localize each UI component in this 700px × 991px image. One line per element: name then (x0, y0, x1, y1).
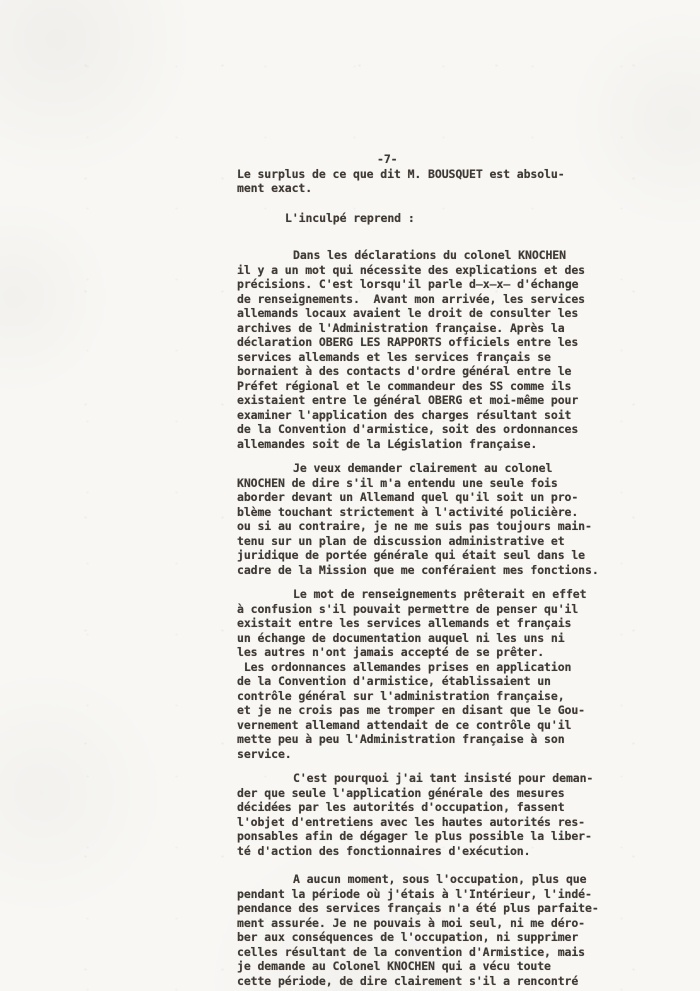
text-line: cadre de la Mission que me conféraient m… (237, 563, 640, 578)
paragraph-mot-renseignements: Le mot de renseignements prêterait en ef… (237, 587, 640, 761)
paragraph-cest-pourquoi: C'est pourquoi j'ai tant insisté pour de… (237, 771, 640, 858)
text-line: Dans les déclarations du colonel KNOCHEN (237, 248, 640, 263)
text-line: der que seule l'application générale des… (237, 786, 640, 801)
text-line: précisions. C'est lorsqu'il parle d̶x̶x̶… (237, 277, 640, 292)
text-line: vernement allemand attendait de ce contr… (237, 718, 640, 733)
text-line: celles résultant de la convention d'Armi… (237, 945, 640, 960)
page-number: -7- (377, 152, 640, 167)
text-line: Le mot de renseignements prêterait en ef… (237, 587, 640, 602)
text-line: les autres n'ont jamais accepté de se pr… (237, 645, 640, 660)
text-line: allemands locaux avaient le droit de con… (237, 306, 640, 321)
text-line: de renseignements. Avant mon arrivée, le… (237, 292, 640, 307)
text-line: et je ne crois pas me tromper en disant … (237, 703, 640, 718)
text-line: L'inculpé reprend : (237, 211, 640, 226)
text-line: mette peu à peu l'Administration françai… (237, 732, 640, 747)
text-line: décidées par les autorités d'occupation,… (237, 800, 640, 815)
text-line: de la Convention d'armistice, établissai… (237, 674, 640, 689)
paragraph-declarations-knochen: Dans les déclarations du colonel KNOCHEN… (237, 248, 640, 451)
text-line: bornaient à des contacts d'ordre général… (237, 364, 640, 379)
text-line: existait entre les services allemands et… (237, 616, 640, 631)
text-line: de la Convention d'armistice, soit des o… (237, 422, 640, 437)
intro-paragraph: Le surplus de ce que dit M. BOUSQUET est… (237, 167, 640, 196)
text-line: existaient entre le général OBERG et moi… (237, 393, 640, 408)
text-line: allemandes soit de la Législation frança… (237, 437, 640, 452)
text-line: déclaration OBERG LES RAPPORTS officiels… (237, 335, 640, 350)
text-line: services allemands et les services franç… (237, 350, 640, 365)
text-line: cette période, de dire clairement s'il a… (237, 974, 640, 989)
text-line: Les ordonnances allemandes prises en app… (237, 660, 640, 675)
text-line: ou si au contraire, je ne me suis pas to… (237, 519, 640, 534)
text-line: ment assurée. Je ne pouvais à moi seul, … (237, 916, 640, 931)
text-line: ber aux conséquences de l'occupation, ni… (237, 930, 640, 945)
text-line: tenu sur un plan de discussion administr… (237, 534, 640, 549)
text-line: pendant la période où j'étais à l'Intéri… (237, 887, 640, 902)
text-line: Le surplus de ce que dit M. BOUSQUET est… (237, 167, 640, 182)
text-line: archives de l'Administration française. … (237, 321, 640, 336)
text-line: je demande au Colonel KNOCHEN qui a vécu… (237, 959, 640, 974)
section-heading: L'inculpé reprend : (237, 211, 640, 226)
text-line: juridique de portée générale qui était s… (237, 548, 640, 563)
text-line: A aucun moment, sous l'occupation, plus … (237, 872, 640, 887)
text-line: il y a un mot qui nécessite des explicat… (237, 263, 640, 278)
text-line: KNOCHEN de dire s'il m'a entendu une seu… (237, 476, 640, 491)
text-line: examiner l'application des charges résul… (237, 408, 640, 423)
text-line: contrôle général sur l'administration fr… (237, 689, 640, 704)
text-line: pendance des services français n'a été p… (237, 901, 640, 916)
text-line: à confusion s'il pouvait permettre de pe… (237, 602, 640, 617)
text-line: té d'action des fonctionnaires d'exécuti… (237, 844, 640, 859)
text-line: l'objet d'entretiens avec les hautes aut… (237, 815, 640, 830)
text-line: un échange de documentation auquel ni le… (237, 631, 640, 646)
paragraph-demande-au-colonel: Je veux demander clairement au colonelKN… (237, 461, 640, 577)
text-line: Préfet régional et le commandeur des SS … (237, 379, 640, 394)
document-page: -7- Le surplus de ce que dit M. BOUSQUET… (0, 0, 700, 991)
text-line: ment exact. (237, 181, 640, 196)
text-line: blème touchant strictement à l'activité … (237, 505, 640, 520)
text-line: aborder devant un Allemand quel qu'il so… (237, 490, 640, 505)
text-line: service. (237, 747, 640, 762)
text-line: Je veux demander clairement au colonel (237, 461, 640, 476)
text-line: ponsables afin de dégager le plus possib… (237, 829, 640, 844)
text-line: C'est pourquoi j'ai tant insisté pour de… (237, 771, 640, 786)
paragraph-a-aucun-moment: A aucun moment, sous l'occupation, plus … (237, 872, 640, 988)
